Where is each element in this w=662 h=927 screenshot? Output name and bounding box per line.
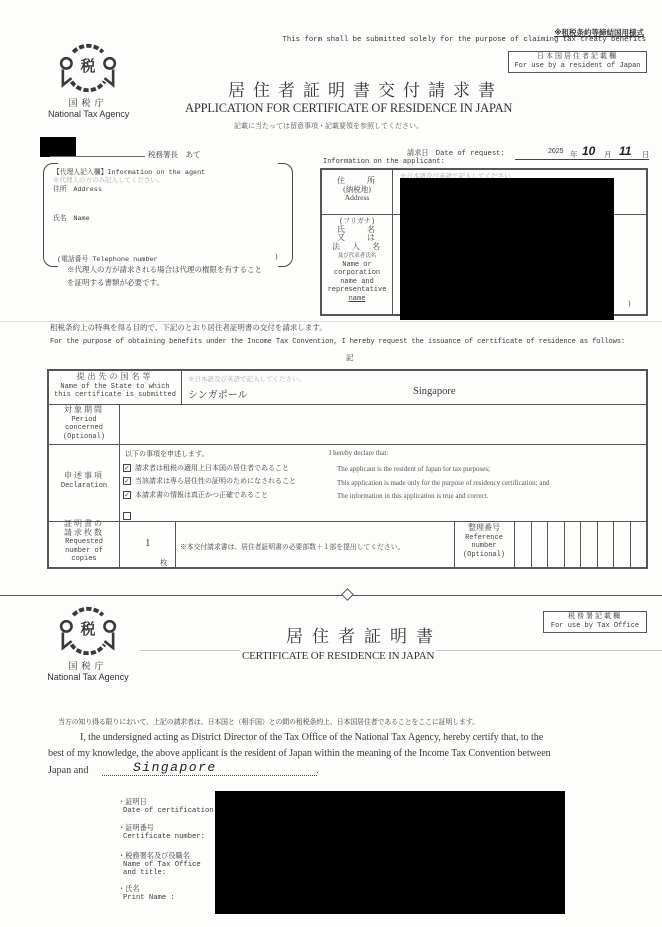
declaration-item-2-jp: 当該請求は専ら居住性の証明のためになされること — [135, 477, 296, 485]
office-box-jp: 税務署記載欄 — [548, 613, 642, 622]
agent-address-label: 住所 Address — [53, 183, 102, 194]
agent-phone-label: (電話番号 Telephone number — [57, 253, 158, 264]
request-date-label: 請求日 Date of request: — [407, 148, 505, 158]
address-label: 住 所 (納税地) Address — [322, 177, 392, 203]
reference-number-cell[interactable] — [514, 521, 531, 567]
declaration-item: ✓当該請求は専ら居住性の証明のためになされること — [123, 476, 296, 486]
name-label-en-5: name — [322, 295, 392, 304]
nta-logo-icon: 税 — [53, 40, 123, 92]
request-year[interactable]: 2025 — [548, 148, 564, 155]
office-box-en: For use by Tax Office — [548, 622, 642, 631]
agent-name-label: 氏名 Name — [53, 212, 90, 223]
submission-note: This form shall be submitted solely for … — [283, 36, 646, 44]
reference-label-en-3: (Optional) — [454, 551, 514, 560]
reference-number-cells — [514, 521, 646, 567]
cert-name-label-en: Print Name : — [118, 894, 175, 903]
request-statement-jp: 租税条約上の特典を得る目的で、下記のとおり居住者証明書の交付を請求します。 — [50, 322, 327, 333]
copies-unit: 枚 — [160, 557, 168, 568]
copies-note: ※本交付請求書は、居住者証明書の必要部数＋１部を提出してください。 — [180, 541, 404, 551]
ki-mark: 記 — [346, 352, 354, 363]
page-title-en: APPLICATION FOR CERTIFICATE OF RESIDENCE… — [185, 101, 512, 116]
svg-text:税: 税 — [80, 57, 96, 75]
nta-logo-icon: 税 — [53, 603, 123, 655]
period-label-en-1: Period — [49, 416, 119, 425]
redacted-certification-details — [215, 791, 565, 914]
reference-number-cell[interactable] — [613, 521, 630, 567]
name-label-jp-4: 及び代表者氏名 — [322, 252, 392, 261]
treaty-country-line — [102, 775, 317, 776]
declaration-label-jp: 申述事項 — [49, 473, 119, 482]
month-unit: 月 — [604, 149, 612, 160]
declaration-item-3-en: The information in this application is t… — [337, 492, 488, 500]
resident-use-box: 日本国居住者記載欄 For use by a resident of Japan — [508, 51, 647, 73]
agent-address-field[interactable] — [120, 183, 280, 205]
declaration-intro-jp: 以下の事項を申述します。 — [125, 449, 208, 459]
phone-close-paren: ) — [275, 253, 278, 261]
copies-label-en-3: copies — [49, 555, 119, 564]
reference-label-en-1: Reference — [454, 534, 514, 543]
cert-date-label-jp: ・証明日 — [118, 798, 218, 807]
name-label-en-3: name and — [322, 278, 392, 287]
state-label: 提出先の国名等 Name of the State to which this … — [49, 374, 181, 400]
tax-office-use-box: 税務署記載欄 For use by Tax Office — [543, 611, 647, 633]
period-label: 対象期間 Period concerned (Optional) — [49, 407, 119, 441]
cert-number-label-jp: ・証明番号 — [118, 824, 205, 833]
cert-field-office: ・税務署名及び役職名 Name of Tax Office and title: — [118, 852, 201, 878]
svg-text:税: 税 — [80, 620, 96, 638]
agency-logo-block: 税 国税庁 National Tax Agency — [48, 40, 128, 119]
year-unit: 年 — [570, 149, 578, 160]
declaration-item-1-en: The applicant is the resident of Japan f… — [337, 465, 490, 473]
copies-label: 証明書の 請求枚数 Requested number of copies — [49, 521, 119, 564]
agency-name-en: National Tax Agency — [48, 109, 128, 119]
state-hint: ※日本語及び英語で記入してください。 — [188, 374, 305, 383]
state-value-en[interactable]: Singapore — [413, 386, 456, 397]
agency-name-jp: 国税庁 — [48, 96, 128, 109]
addressee-suffix: 税務署長 あて — [148, 149, 201, 160]
instruction-note: 記載に当たっては留意事項・記載要領を参照してください。 — [234, 121, 423, 131]
declaration-checkbox-1[interactable]: ✓ — [123, 464, 131, 472]
declaration-item: ✓本請求書の情報は真正かつ正確であること — [123, 490, 268, 500]
address-label-en: Address — [322, 194, 392, 203]
agency-name-jp: 国税庁 — [42, 659, 134, 672]
reference-number-cell[interactable] — [547, 521, 564, 567]
certificate-statement-en-3: Japan and — [48, 765, 88, 776]
copies-label-jp-2: 請求枚数 — [49, 530, 119, 539]
period-label-en-3: (Optional) — [49, 433, 119, 442]
declaration-checkbox-2[interactable]: ✓ — [123, 477, 131, 485]
certificate-statement-en-1: I, the undersigned acting as District Di… — [80, 732, 543, 743]
name-label-en-4: representative — [322, 286, 392, 295]
agent-note-line2: を証明する書類が必要です。 — [67, 277, 164, 288]
cert-office-label-en: Name of Tax Office and title: — [118, 861, 201, 878]
reference-number-cell[interactable] — [630, 521, 647, 567]
period-field[interactable] — [121, 406, 643, 442]
cert-office-label-jp: ・税務署名及び役職名 — [118, 852, 201, 861]
day-unit: 日 — [642, 149, 650, 160]
name-label-jp-3: 法 人 名 — [322, 244, 392, 253]
request-month[interactable]: 10 — [582, 144, 595, 158]
period-label-en-2: concerned — [49, 424, 119, 433]
agent-phone-field[interactable] — [150, 251, 270, 261]
reference-number-cell[interactable] — [597, 521, 614, 567]
period-mark: . — [316, 766, 319, 776]
cert-date-label-en: Date of certification: — [118, 807, 218, 816]
request-statement-en: For the purpose of obtaining benefits un… — [50, 338, 625, 346]
certificate-statement-en-2: best of my knowledge, the above applican… — [48, 748, 551, 759]
declaration-item: ✓請求者は租税の適用上日本国の居住者であること — [123, 463, 289, 473]
certificate-statement-jp: 当方の知り得る限りにおいて、上記の請求者は、日本国と（相手国）との間の租税条約上… — [58, 717, 479, 727]
certificate-title-jp: 居住者証明書 — [286, 622, 442, 647]
reference-number-cell[interactable] — [580, 521, 597, 567]
state-label-jp: 提出先の国名等 — [49, 374, 181, 383]
cert-field-name: ・氏名 Print Name : — [118, 885, 175, 902]
copies-label-en-1: Requested — [49, 538, 119, 547]
state-label-en-2: this certificate is submitted — [49, 391, 181, 400]
cert-number-label-en: Certificate number: — [118, 833, 205, 842]
declaration-checkbox-3[interactable]: ✓ — [123, 491, 131, 499]
declaration-item — [123, 505, 135, 524]
name-close-paren: ) — [628, 300, 631, 308]
reference-number-cell[interactable] — [531, 521, 548, 567]
reference-label-jp: 整理番号 — [454, 525, 514, 534]
declaration-item-2-en: This application is made only for the pu… — [337, 479, 549, 487]
copies-label-en-2: number of — [49, 547, 119, 556]
name-label-en-2: corporation — [322, 269, 392, 278]
certificate-title-en: CERTIFICATE OF RESIDENCE IN JAPAN — [240, 650, 436, 662]
state-value-jp[interactable]: シンガポール — [188, 386, 248, 401]
diamond-separator-icon — [341, 588, 354, 601]
copies-value[interactable]: 1 — [145, 537, 151, 549]
applicant-section-label: Information on the applicant: — [323, 158, 445, 166]
redacted-office-name — [40, 137, 76, 157]
redacted-applicant-info — [400, 178, 614, 320]
declaration-label: 申述事項 Declaration — [49, 473, 119, 490]
name-label-en-1: Name or — [322, 261, 392, 270]
agent-name-field[interactable] — [120, 210, 280, 240]
declaration-checkbox-4[interactable] — [123, 512, 131, 520]
treaty-country-handwritten[interactable]: Singapore — [133, 760, 217, 775]
page-title-jp: 居住者証明書交付請求書 — [228, 76, 503, 101]
request-day[interactable]: 11 — [619, 144, 631, 158]
state-label-en-1: Name of the State to which — [49, 383, 181, 392]
declaration-intro-en: I hereby declare that: — [329, 449, 388, 457]
details-table: 提出先の国名等 Name of the State to which this … — [47, 369, 648, 569]
declaration-item-1-jp: 請求者は租税の適用上日本国の居住者であること — [135, 464, 289, 472]
agency-logo-block-certificate: 税 国税庁 National Tax Agency — [42, 603, 134, 682]
agent-note-line1: ※代理人の方が請求される場合は代理の権限を有すること — [67, 264, 262, 275]
cert-name-label-jp: ・氏名 — [118, 885, 175, 894]
agency-name-en: National Tax Agency — [42, 672, 134, 682]
reference-label-en-2: number — [454, 542, 514, 551]
declaration-label-en: Declaration — [49, 482, 119, 491]
name-label: (フリガナ) 氏 名 又 は 法 人 名 及び代表者氏名 Name or cor… — [322, 218, 392, 303]
period-label-jp: 対象期間 — [49, 407, 119, 416]
resident-box-jp: 日本国居住者記載欄 — [513, 53, 642, 62]
resident-box-en: For use by a resident of Japan — [513, 62, 642, 71]
declaration-item-3-jp: 本請求書の情報は真正かつ正確であること — [135, 491, 268, 499]
cert-field-number: ・証明番号 Certificate number: — [118, 824, 205, 841]
cert-field-date: ・証明日 Date of certification: — [118, 798, 218, 815]
reference-number-cell[interactable] — [564, 521, 581, 567]
reference-label: 整理番号 Reference number (Optional) — [454, 525, 514, 559]
